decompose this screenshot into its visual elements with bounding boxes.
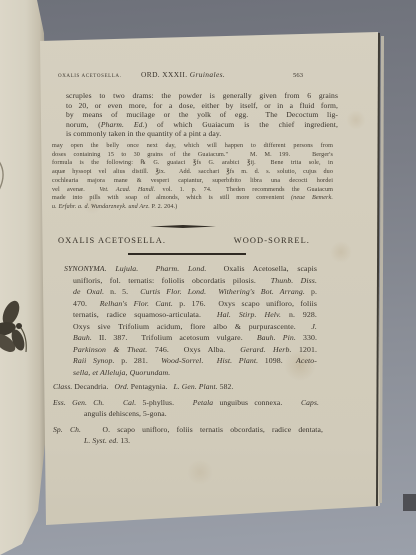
species-character-paragraph: Sp. Ch. O. scapo unifloro, foliis ternat… (53, 424, 323, 446)
page-number: 563 (293, 72, 303, 79)
species-latin-name: OXALIS ACETOSELLA. (58, 236, 166, 245)
text-line: doses containing 15 to 30 grains of the … (52, 151, 333, 160)
species-common-name: WOOD-SORREL. (234, 236, 310, 245)
order-heading: ORD. XXXII. Gruinales. (141, 70, 225, 79)
text-line: to 20, or even more, for a dose, either … (66, 101, 338, 111)
text-line: Bauh. II. 387. Trifolium acetosum vulgar… (64, 332, 317, 344)
text-line: 470. Relhan's Flor. Cant. p. 176. Oxys s… (64, 298, 317, 310)
text-line: Parkinson & Theat. 746. Oxys Alba. Gerar… (64, 344, 317, 356)
section-divider-rule (150, 225, 216, 228)
intro-paragraph: scruples to two drams: the powder is gen… (66, 91, 338, 139)
text-line: Raii Synop. p. 281. Wood-Sorrel. Hist. P… (64, 355, 317, 367)
text-line: made into pills with soap of almonds, wh… (52, 194, 333, 203)
text-line: de Oxal. n. 5. Curtis Flor. Lond. Wither… (64, 286, 317, 298)
classification-line: Class. Decandria. Ord. Pentagynia. L. Ge… (53, 382, 315, 391)
book-page: OXALIS ACETOSELLA. ORD. XXXII. Gruinales… (0, 0, 416, 555)
synonyma-paragraph: SYNONYMA. Lujula. Pharm. Lond. Oxalis Ac… (64, 263, 317, 378)
running-title: OXALIS ACETOSELLA. (58, 74, 122, 79)
text-line: Sp. Ch. O. scapo unifloro, foliis ternat… (53, 424, 323, 435)
text-line: aquæ hyssopi vel alius distill. ℥ix. Add… (52, 168, 333, 177)
plate-stem-fragment-icon (0, 158, 12, 192)
essential-character-paragraph: Ess. Gen. Ch. Cal. 5-phyllus. Petala ung… (53, 397, 319, 419)
text-line: scruples to two drams: the powder is gen… (66, 91, 338, 101)
text-line: sella, et Alleluja, Quorundam. (64, 367, 317, 379)
text-line: L. Syst. ed. 13. (53, 435, 323, 446)
text-line: ternatis, radice squamoso-articulata. Ha… (64, 309, 317, 321)
footnote-paragraph: may open the belly once next day, which … (52, 142, 333, 212)
text-line: vel avenæ. Vet. Acad. Handl. vol. 1. p. … (52, 186, 333, 195)
text-line: is commonly taken in the quantity of a p… (66, 129, 338, 139)
text-line: SYNONYMA. Lujula. Pharm. Lond. Oxalis Ac… (64, 263, 317, 275)
text-line: norum, (Pharm. Ed.) of which Guaiacum is… (66, 120, 338, 130)
species-heading: OXALIS ACETOSELLA. WOOD-SORREL. (58, 236, 310, 245)
text-line: cochlearia majora mane & vesperi capiant… (52, 177, 333, 186)
book-cover-corner (403, 494, 416, 511)
text-line: Oxys sive Trifolium acidum, flore albo &… (64, 321, 317, 333)
fore-edge-pages (379, 36, 384, 503)
text-line: u. Erfahr. a. d. Wundarzneyk. und Arz. P… (52, 203, 333, 212)
text-line: angulis dehiscens, 5-gona. (53, 408, 319, 419)
text-line: Ess. Gen. Ch. Cal. 5-phyllus. Petala ung… (53, 397, 319, 408)
text-line: unifloris, fol. ternatis: foliolis obcor… (64, 275, 317, 287)
book-photo-canvas: OXALIS ACETOSELLA. ORD. XXXII. Gruinales… (0, 0, 416, 555)
text-line: formula is the following: ℞ G. guaiaci ℥… (52, 159, 333, 168)
text-line: by means of mucilage or the yolk of egg.… (66, 110, 338, 120)
species-heading-rule (128, 253, 246, 255)
text-line: may open the belly once next day, which … (52, 142, 333, 151)
wood-sorrel-leaf-icon (0, 296, 37, 362)
